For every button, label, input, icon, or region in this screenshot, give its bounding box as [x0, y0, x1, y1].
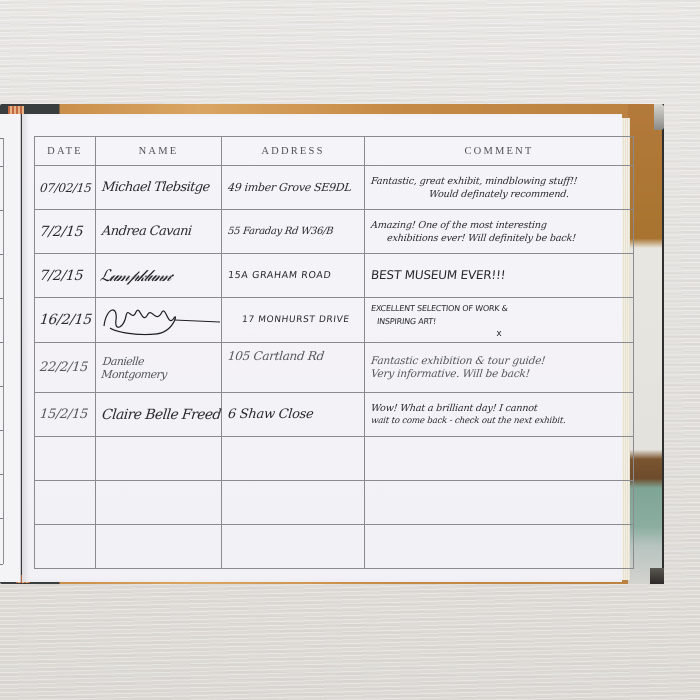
entry-comment-line1: Fantastic exhibition & tour guide!: [364, 355, 633, 368]
address-cell: 105 Cartland Rd: [222, 343, 365, 393]
address-cell: 49 imber Grove SE9DL: [222, 166, 365, 210]
table-row: 07/02/15 Michael Tlebsitge 49 imber Grov…: [35, 166, 634, 210]
column-header-date: DATE: [35, 137, 96, 166]
table-row: 7/2/15 Andrea Cavani 55 Faraday Rd W36/B…: [35, 210, 634, 254]
left-page: [0, 114, 21, 582]
entry-date: 22/2/15: [34, 360, 96, 375]
signature-scribble-icon: [96, 298, 220, 338]
entry-name: Michael Tlebsitge: [95, 180, 222, 195]
date-cell: 7/2/15: [35, 254, 96, 298]
entry-date: 07/02/15: [34, 181, 95, 195]
book-corner-bottom-right: [650, 568, 664, 584]
empty-cell: [365, 525, 634, 569]
entry-address: 105 Cartland Rd: [221, 349, 364, 363]
empty-cell: [96, 437, 222, 481]
entry-comment-line1: Fantastic, great exhibit, mindblowing st…: [364, 175, 633, 188]
empty-cell: [35, 481, 96, 525]
address-cell: 17 MONHURST DRIVE: [222, 298, 365, 343]
comment-cell: EXCELLENT SELECTION OF WORK & INSPIRING …: [365, 298, 634, 343]
empty-cell: [222, 525, 365, 569]
column-header-comment: COMMENT: [365, 137, 634, 166]
left-page-rule: [0, 518, 3, 519]
signature-icon: ℒ𝓊𝓂𝓅𝓀𝓁𝓊𝓃𝓃·: [95, 266, 222, 286]
left-page-rule: [0, 210, 3, 211]
table-row: 15/2/15 Claire Belle Freed 6 Shaw Close …: [35, 393, 634, 437]
table-row: 7/2/15 ℒ𝓊𝓂𝓅𝓀𝓁𝓊𝓃𝓃· 15A GRAHAM ROAD BEST M…: [35, 254, 634, 298]
entry-address: 49 imber Grove SE9DL: [221, 181, 364, 194]
entry-comment-line2: Would definately recommend.: [364, 188, 633, 201]
entry-address: 15A GRAHAM ROAD: [221, 270, 364, 281]
comment-cell: BEST MUSEUM EVER!!!: [365, 254, 634, 298]
comment-cell: Fantastic, great exhibit, mindblowing st…: [365, 166, 634, 210]
date-cell: 22/2/15: [35, 343, 96, 393]
date-cell: 7/2/15: [35, 210, 96, 254]
entry-comment-line1: EXCELLENT SELECTION OF WORK &: [364, 302, 633, 315]
left-page-rule: [0, 564, 3, 565]
guestbook-page: DATE NAME ADDRESS COMMENT 07/02/15 Micha…: [22, 114, 622, 582]
entry-address: 55 Faraday Rd W36/B: [221, 226, 364, 237]
entry-comment-line1: Amazing! One of the most interesting: [364, 219, 633, 232]
address-cell: 6 Shaw Close: [222, 393, 365, 437]
address-cell: 15A GRAHAM ROAD: [222, 254, 365, 298]
empty-cell: [222, 437, 365, 481]
binding-thread-top: [8, 106, 24, 114]
book-corner-top-right: [654, 104, 664, 130]
name-cell: Danielle Montgomery: [96, 343, 222, 393]
empty-cell: [96, 525, 222, 569]
empty-cell: [35, 525, 96, 569]
name-cell: ℒ𝓊𝓂𝓅𝓀𝓁𝓊𝓃𝓃·: [96, 254, 222, 298]
left-page-table-edge: [3, 138, 4, 564]
empty-cell: [35, 437, 96, 481]
entry-comment-line2: exhibitions ever! Will definitely be bac…: [364, 232, 633, 245]
entry-comment-line2: wait to come back - check out the next e…: [364, 415, 633, 428]
empty-row: [35, 525, 634, 569]
kiss-mark: x: [365, 329, 633, 339]
table-row: 22/2/15 Danielle Montgomery 105 Cartland…: [35, 343, 634, 393]
date-cell: 07/02/15: [35, 166, 96, 210]
guestbook-table: DATE NAME ADDRESS COMMENT 07/02/15 Micha…: [34, 136, 634, 569]
entry-date: 16/2/15: [34, 312, 96, 328]
left-page-rule: [0, 254, 3, 255]
left-page-rule: [0, 138, 3, 139]
name-cell: Michael Tlebsitge: [96, 166, 222, 210]
date-cell: 16/2/15: [35, 298, 96, 343]
entry-comment-line1: Wow! What a brilliant day! I cannot: [364, 402, 633, 415]
date-cell: 15/2/15: [35, 393, 96, 437]
name-cell: [96, 298, 222, 343]
entry-date: 7/2/15: [34, 224, 96, 240]
comment-cell: Amazing! One of the most interesting exh…: [365, 210, 634, 254]
left-page-rule: [0, 166, 3, 167]
entry-date: 7/2/15: [34, 268, 96, 284]
left-page-rule: [0, 386, 3, 387]
empty-row: [35, 481, 634, 525]
column-header-address: ADDRESS: [222, 137, 365, 166]
name-cell: Claire Belle Freed: [96, 393, 222, 437]
table-row: 16/2/15 17 MONHURST DRIVE EXCELLENT SELE…: [35, 298, 634, 343]
entry-name: Andrea Cavani: [95, 224, 222, 239]
comment-cell: Fantastic exhibition & tour guide! Very …: [365, 343, 634, 393]
left-page-rule: [0, 474, 3, 475]
empty-cell: [365, 481, 634, 525]
left-page-rule: [0, 298, 3, 299]
empty-row: [35, 437, 634, 481]
entry-date: 15/2/15: [34, 407, 96, 422]
empty-cell: [365, 437, 634, 481]
entry-name: Danielle Montgomery: [95, 355, 184, 381]
entry-comment-line1: BEST MUSEUM EVER!!!: [364, 269, 633, 282]
entry-comment-line2: INSPIRING ART!: [364, 315, 633, 328]
entry-comment-line2: Very informative. Will be back!: [364, 368, 633, 381]
column-header-name: NAME: [96, 137, 222, 166]
comment-cell: Wow! What a brilliant day! I cannot wait…: [365, 393, 634, 437]
entry-name: Claire Belle Freed: [95, 407, 222, 423]
name-cell: Andrea Cavani: [96, 210, 222, 254]
entry-address: 6 Shaw Close: [221, 407, 365, 422]
left-page-rule: [0, 430, 3, 431]
spine-shadow: [20, 114, 30, 582]
entry-address: 17 MONHURST DRIVE: [221, 315, 364, 325]
header-row: DATE NAME ADDRESS COMMENT: [35, 137, 634, 166]
left-page-rule: [0, 342, 3, 343]
address-cell: 55 Faraday Rd W36/B: [222, 210, 365, 254]
empty-cell: [96, 481, 222, 525]
empty-cell: [222, 481, 365, 525]
